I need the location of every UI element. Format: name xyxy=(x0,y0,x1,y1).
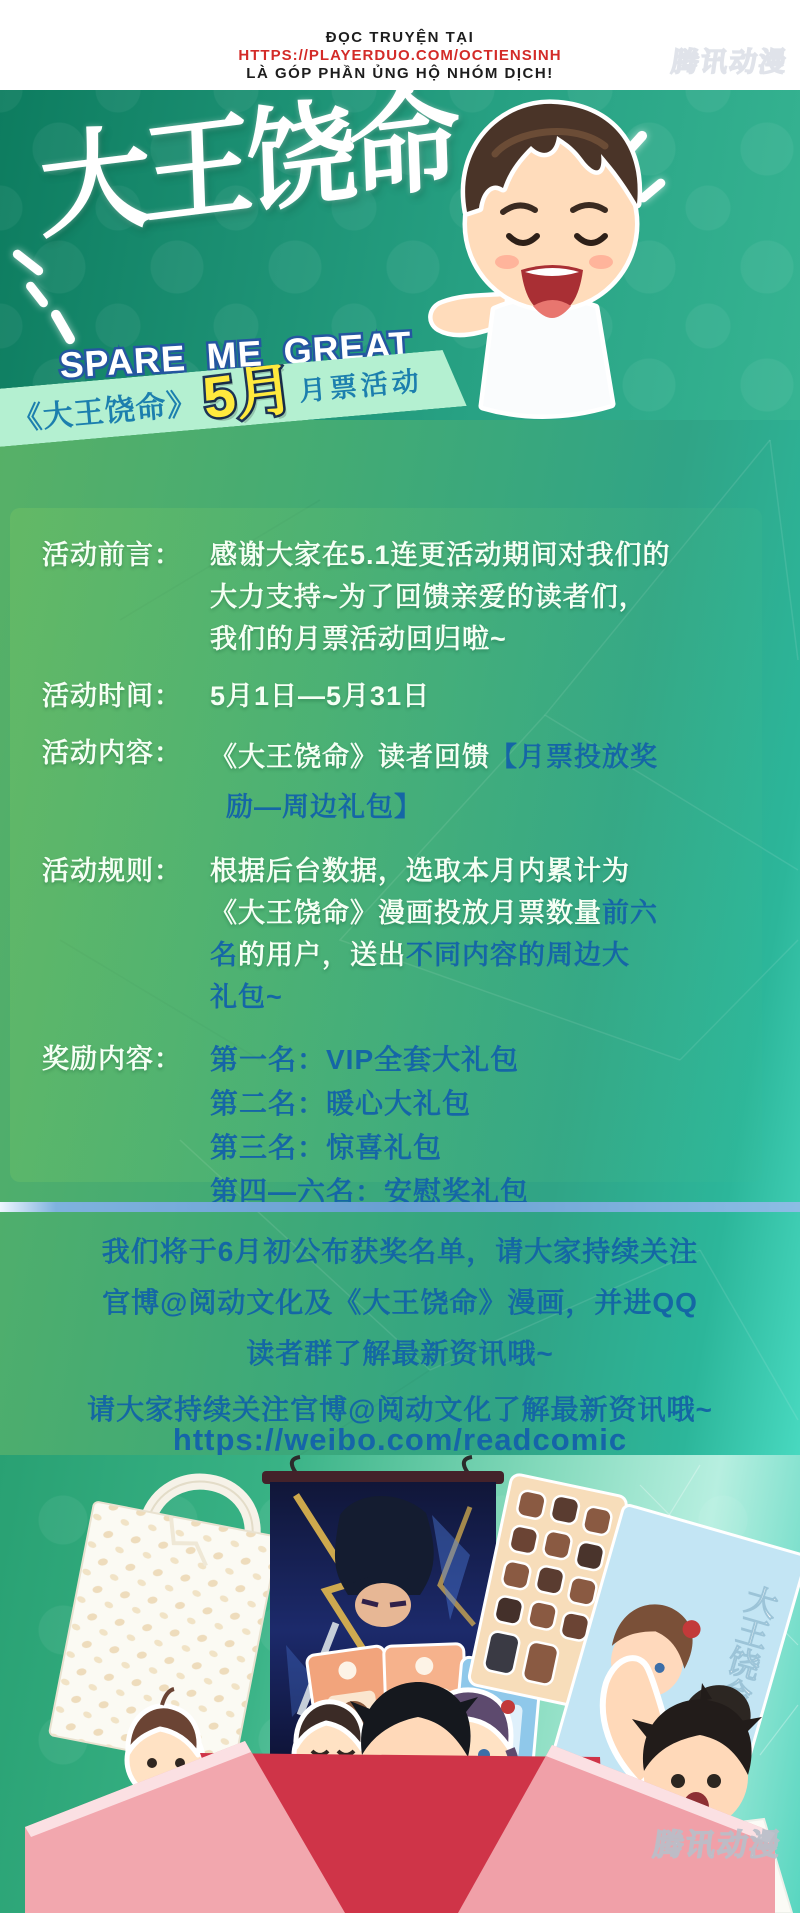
ribbon-series-name: 《大王饶命》 xyxy=(10,379,199,439)
series-title-calligraphy: 大王饶命 xyxy=(38,82,469,247)
tencent-comics-watermark-top: 腾讯动漫 xyxy=(669,40,790,79)
activity-body: 活动前言： 感谢大家在5.1连更活动期间对我们的 大力支持~为了回馈亲爱的读者们… xyxy=(0,420,800,1455)
rules-line: 名的用户，送出不同内容的周边大 xyxy=(210,934,748,976)
tencent-comics-watermark-bottom: 腾讯动漫 xyxy=(651,1828,784,1862)
translator-note-header: ĐỌC TRUYỆN TẠI HTTPS://PLAYERDUO.COM/OCT… xyxy=(0,0,800,90)
spark-icon xyxy=(11,248,45,277)
activity-details-panel: 活动前言： 感谢大家在5.1连更活动期间对我们的 大力支持~为了回馈亲爱的读者们… xyxy=(10,508,762,1182)
rules-text: 根据后台数据，选取本月内累计为 《大王饶命》漫画投放月票数量前六 名的用户，送出… xyxy=(210,850,748,1018)
content-row: 活动内容： 《大王饶命》读者回馈【月票投放奖 励—周边礼包】 xyxy=(42,732,748,832)
spark-icon xyxy=(24,280,50,309)
scroll-hook xyxy=(292,1457,300,1473)
rules-line2-white: 《大王饶命》漫画投放月票数量 xyxy=(210,898,602,928)
mascot-blush xyxy=(495,255,519,269)
section-divider-bar xyxy=(0,1202,800,1212)
announcement-notice: 我们将于6月初公布获奖名单，请大家持续关注 官博@阅动文化及《大王饶命》漫画，并… xyxy=(0,1226,800,1379)
reward-item: 第二名：暖心大礼包 xyxy=(210,1082,748,1126)
content-line: 《大王饶命》读者回馈【月票投放奖 xyxy=(210,732,748,782)
content-line1-white: 《大王饶命》读者回馈 xyxy=(210,742,490,772)
content-label: 活动内容： xyxy=(42,732,210,832)
reward-item: 第一名：VIP全套大礼包 xyxy=(210,1038,748,1082)
preface-row: 活动前言： 感谢大家在5.1连更活动期间对我们的 大力支持~为了回馈亲爱的读者们… xyxy=(42,534,748,660)
spark-icon xyxy=(49,308,77,346)
content-text: 《大王饶命》读者回馈【月票投放奖 励—周边礼包】 xyxy=(210,732,748,832)
ribbon-event-name: 月票活动 xyxy=(297,358,424,408)
content-line1-blue: 【月票投放奖 xyxy=(490,742,658,772)
promo-poster-page: ĐỌC TRUYỆN TẠI HTTPS://PLAYERDUO.COM/OCT… xyxy=(0,0,800,1913)
rules-label: 活动规则： xyxy=(42,850,210,1018)
time-label: 活动时间： xyxy=(42,675,210,717)
preface-line: 感谢大家在5.1连更活动期间对我们的 xyxy=(210,534,748,576)
prize-merch-collage: 大王饶命 xyxy=(0,1455,800,1913)
rules-line4-blue: 礼包~ xyxy=(210,976,748,1018)
rules-line3-blue1: 名 xyxy=(210,940,238,970)
rewards-list: 第一名：VIP全套大礼包 第二名：暖心大礼包 第三名：惊喜礼包 第四—六名：安慰… xyxy=(210,1038,748,1214)
rules-line3-white: 的用户，送出 xyxy=(238,940,406,970)
rewards-label: 奖励内容： xyxy=(42,1038,210,1214)
mascot-boy-illustration xyxy=(425,84,670,434)
reward-item: 第三名：惊喜礼包 xyxy=(210,1126,748,1170)
notice-line: 我们将于6月初公布获奖名单，请大家持续关注 xyxy=(0,1226,800,1277)
prize-merch-section: 大王饶命 xyxy=(0,1455,800,1913)
hero-banner: 大王饶命 SPARE ME GREAT LORD 《大王饶命》 5月 月票活动 xyxy=(0,90,800,420)
rules-line: 《大王饶命》漫画投放月票数量前六 xyxy=(210,892,748,934)
rules-line2-blue: 前六 xyxy=(602,898,658,928)
preface-text: 感谢大家在5.1连更活动期间对我们的 大力支持~为了回馈亲爱的读者们， 我们的月… xyxy=(210,534,748,660)
preface-line: 大力支持~为了回馈亲爱的读者们， xyxy=(210,576,748,618)
rules-row: 活动规则： 根据后台数据，选取本月内累计为 《大王饶命》漫画投放月票数量前六 名… xyxy=(42,850,748,1018)
rewards-row: 奖励内容： 第一名：VIP全套大礼包 第二名：暖心大礼包 第三名：惊喜礼包 第四… xyxy=(42,1038,748,1214)
content-line2-blue: 励—周边礼包】 xyxy=(210,782,748,832)
preface-label: 活动前言： xyxy=(42,534,210,660)
mascot-blush xyxy=(589,255,613,269)
rules-line3-blue2: 不同内容的周边大 xyxy=(406,940,630,970)
time-row: 活动时间： 5月1日—5月31日 xyxy=(42,675,748,717)
preface-line: 我们的月票活动回归啦~ xyxy=(210,618,748,660)
scroll-hook xyxy=(464,1457,472,1473)
weibo-link[interactable]: https://weibo.com/readcomic xyxy=(0,1422,800,1458)
time-value: 5月1日—5月31日 xyxy=(210,675,748,717)
rules-line: 根据后台数据，选取本月内累计为 xyxy=(210,850,748,892)
notice-line: 官博@阅动文化及《大王饶命》漫画，并进QQ xyxy=(0,1277,800,1328)
notice-line: 读者群了解最新资讯哦~ xyxy=(0,1328,800,1379)
